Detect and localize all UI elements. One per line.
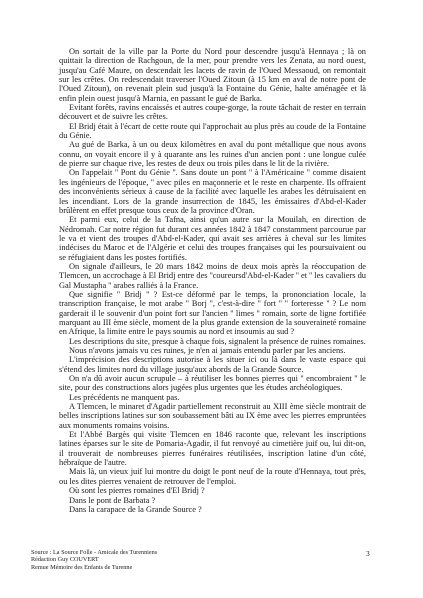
paragraph-scrupule: On n'a dû avoir aucun scrupule – à réuti… <box>59 374 366 393</box>
page-number: 3 <box>366 549 370 558</box>
paragraph-descriptions: Les descriptions du site, presque à chaq… <box>59 337 366 346</box>
paragraph-imprecision: L'imprécision des descriptions autorise … <box>59 355 366 374</box>
question-grande-source: Dans la carapace de la Grande Source ? <box>59 505 366 514</box>
paragraph-ruines: Nous n'avons jamais vu ces ruines, je n'… <box>59 346 366 355</box>
footer-remue: Remue Mémoire des Enfants de Turenne <box>31 564 376 571</box>
paragraph-el-bridj: El Bridj était à l'écart de cette route … <box>59 122 366 141</box>
paragraph-gue-barka: Au gué de Barka, à un ou deux kilomètres… <box>59 140 366 168</box>
paragraph-tafna: Et parmi eux, celui de la Tafna, ainsi q… <box>59 215 366 262</box>
footer-source: Source : La Source Folle - Amicale des T… <box>31 549 376 556</box>
question-barbata: Dans le pont de Barbata ? <box>59 496 366 505</box>
footer-redaction: Rédaction Guy COUVERT <box>31 556 376 563</box>
paragraph-minaret: A Tlemcen, le minaret d'Agadir partielle… <box>59 402 366 430</box>
paragraph-precedents: Les précédents ne manquent pas. <box>59 393 366 402</box>
paragraph-accrochage: On signale d'ailleurs, le 20 mars 1842 m… <box>59 262 366 290</box>
question-pierres: Où sont les pierres romaines d'El Bridj … <box>59 486 366 495</box>
paragraph-pont-genie: On l'appelait '' Pont du Génie ''. Sans … <box>59 168 366 215</box>
paragraph-route: On sortait de la ville par la Porte du N… <box>59 47 366 103</box>
paragraph-vieux-juif: Mais là, un vieux juif lui montre du doi… <box>59 467 366 486</box>
paragraph-abbe-barges: Et l'Abbé Bargès qui visite Tlemcen en 1… <box>59 430 366 467</box>
page-footer: Source : La Source Folle - Amicale des T… <box>31 549 376 571</box>
paragraph-bridj-meaning: Que signifie '' Bridj '' ? Est-ce déform… <box>59 290 366 337</box>
paragraph-evitant: Evitant forêts, ravins encaissés et autr… <box>59 103 366 122</box>
document-body: On sortait de la ville par la Porte du N… <box>59 47 366 514</box>
